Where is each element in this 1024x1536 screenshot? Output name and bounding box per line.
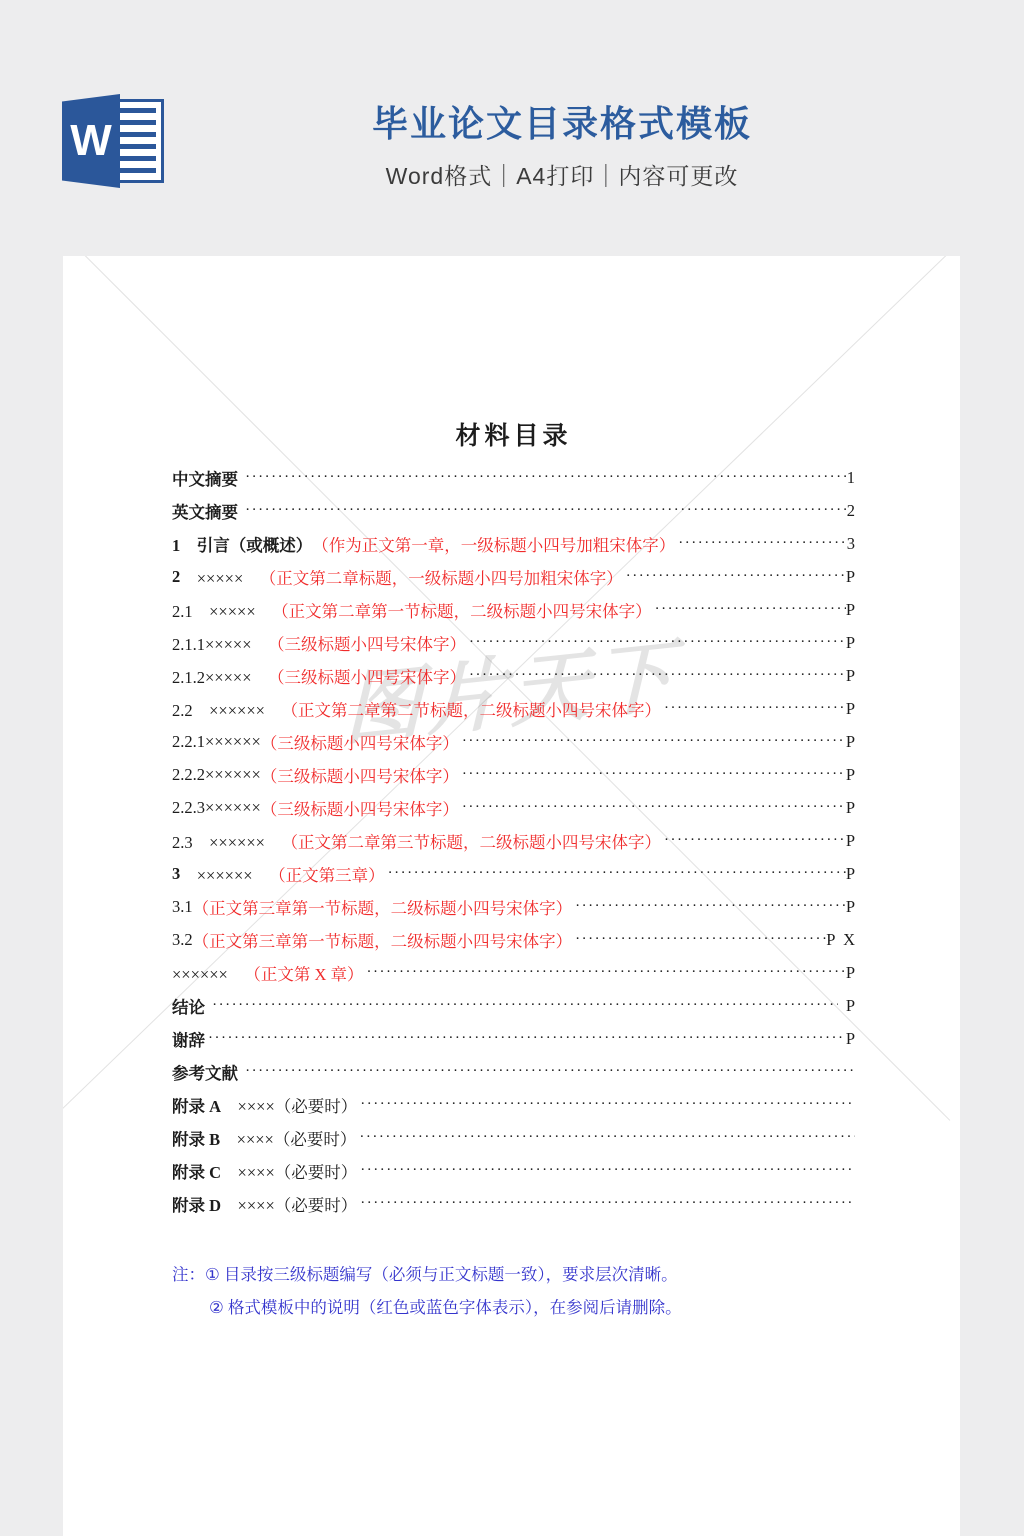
note-text: 格式模板中的说明（红色或蓝色字体表示），在参阅后请删除。: [224, 1291, 682, 1324]
toc-entry-label: ××××××: [172, 961, 244, 985]
toc-entry-bold-label: 附录 D: [172, 1192, 221, 1216]
toc-entry-bold-label: 附录 C: [172, 1159, 221, 1183]
toc-page-number: P: [846, 699, 855, 719]
toc-row: 2.2 ×××××× （正文第二章第二节标题，二级标题小四号宋体字） ·····…: [172, 692, 855, 725]
dot-leader: ········································…: [459, 733, 846, 750]
toc-entry-label: ××××（必要时）: [220, 1126, 356, 1150]
dot-leader: ········································…: [356, 1129, 855, 1146]
toc-row: 附录 D ××××（必要时） ·························…: [172, 1187, 855, 1220]
word-logo-letter: W: [70, 119, 112, 163]
toc-row: 2.2.2×××××× （三级标题小四号宋体字） ···············…: [172, 758, 855, 791]
dot-leader: ········································…: [623, 568, 846, 585]
toc-page-number: 2: [847, 501, 855, 521]
toc-page-number: P: [838, 996, 855, 1016]
toc-entry-label: 3.2: [172, 930, 193, 950]
toc-page-number: 3: [847, 534, 855, 554]
toc-entry-bold-label: 中文摘要: [172, 466, 238, 490]
toc-entry-annotation: （三级标题小四号宋体字）: [268, 664, 466, 688]
toc-entry-label: 2.1 ×××××: [172, 598, 272, 622]
toc-entry-label: ××××（必要时）: [221, 1192, 357, 1216]
toc-entry-label: 2.3 ××××××: [172, 829, 281, 853]
toc-row: 3 ×××××× （正文第三章） ·······················…: [172, 857, 855, 890]
toc-entry-label: 2.1.1×××××: [172, 631, 268, 655]
toc-entry-label: ××××××: [180, 862, 269, 886]
toc-entry-bold-label: 附录 B: [172, 1126, 220, 1150]
toc-row: 2.3 ×××××× （正文第二章第三节标题，二级标题小四号宋体字） ·····…: [172, 824, 855, 857]
toc-page-number: P: [846, 963, 855, 983]
toc-page-number: P X: [826, 930, 855, 950]
note-text: 目录按三级标题编写（必须与正文标题一致），要求层次清晰。: [220, 1258, 678, 1291]
toc-row: 2.2.3×××××× （三级标题小四号宋体字） ···············…: [172, 791, 855, 824]
toc-entry-annotation: （正文第二章第一节标题，二级标题小四号宋体字）: [272, 598, 652, 622]
toc-row: 附录 A ××××（必要时） ·························…: [172, 1088, 855, 1121]
toc-row: 结论 ·····································…: [172, 989, 855, 1022]
dot-leader: ········································…: [242, 502, 847, 519]
toc-entry-annotation: （正文第 X 章）: [244, 961, 363, 985]
toc-entry-bold-label: 附录 A: [172, 1093, 221, 1117]
toc-entry-label: 2.1.2×××××: [172, 664, 268, 688]
toc-page-number: P: [846, 732, 855, 752]
word-logo-fold-icon: W: [62, 94, 120, 188]
note-line: ② 格式模板中的说明（红色或蓝色字体表示），在参阅后请删除。: [172, 1291, 855, 1324]
toc-entry-bold-label: 谢辞: [172, 1027, 205, 1051]
page-subtitle: Word格式｜A4打印｜内容可更改: [160, 158, 964, 191]
toc-entry-label: ××××（必要时）: [221, 1159, 357, 1183]
note-marker: ①: [205, 1258, 220, 1291]
toc-entry-annotation: （三级标题小四号宋体字）: [261, 763, 459, 787]
toc-page-number: P: [846, 567, 855, 587]
dot-leader: ········································…: [572, 931, 826, 948]
toc-row: 2.1.2××××× （三级标题小四号宋体字） ················…: [172, 659, 855, 692]
toc-row: 2 ××××× （正文第二章标题，一级标题小四号加粗宋体字） ·········…: [172, 560, 855, 593]
toc-entry-label: 2.2.3××××××: [172, 798, 261, 818]
dot-leader: ········································…: [459, 799, 846, 816]
dot-leader: ········································…: [466, 634, 846, 651]
toc-entry-annotation: （正文第三章）: [269, 862, 385, 886]
toc-page-number: P: [846, 798, 855, 818]
toc-entry-bold-label: 结论: [172, 994, 205, 1018]
dot-leader: ········································…: [572, 898, 846, 915]
toc-page-number: P: [846, 666, 855, 686]
dot-leader: ········································…: [209, 997, 837, 1014]
toc-entry-label: ××××（必要时）: [221, 1093, 357, 1117]
page-title: 毕业论文目录格式模板: [160, 96, 964, 147]
toc-entry-label: 3.1: [172, 897, 193, 917]
toc-entry-label: 2.2.2××××××: [172, 765, 261, 785]
toc-row: 附录 B ××××（必要时） ·························…: [172, 1121, 855, 1154]
toc-entry-bold-label: 3: [172, 864, 180, 884]
toc-row: 2.2.1×××××× （三级标题小四号宋体字） ···············…: [172, 725, 855, 758]
toc-row: 附录 C ××××（必要时） ·························…: [172, 1154, 855, 1187]
toc-entry-bold-label: 参考文献: [172, 1060, 238, 1084]
toc-entry-bold-label: 1 引言（或概述）: [172, 532, 312, 556]
dot-leader: ········································…: [661, 700, 846, 717]
dot-leader: ········································…: [466, 667, 846, 684]
note-prefix: 注：: [172, 1258, 205, 1291]
toc-page-number: P: [846, 897, 855, 917]
dot-leader: ········································…: [205, 1030, 846, 1047]
toc-row: 中文摘要 ···································…: [172, 461, 855, 494]
toc-row: ×××××× （正文第 X 章） ·······················…: [172, 956, 855, 989]
dot-leader: ········································…: [357, 1162, 855, 1179]
toc-entry-bold-label: 英文摘要: [172, 499, 238, 523]
document-page: 图片天下 材料目录 中文摘要 ·························…: [63, 256, 960, 1536]
toc-row: 英文摘要 ···································…: [172, 494, 855, 527]
dot-leader: ········································…: [357, 1096, 855, 1113]
toc-entry-label: 2.2 ××××××: [172, 697, 281, 721]
dot-leader: ········································…: [364, 964, 846, 981]
toc-row: 1 引言（或概述） （作为正文第一章，一级标题小四号加粗宋体字） ·······…: [172, 527, 855, 560]
dot-leader: ········································…: [385, 865, 846, 882]
toc-list: 中文摘要 ···································…: [172, 461, 855, 1220]
notes-block: 注： ① 目录按三级标题编写（必须与正文标题一致），要求层次清晰。 ② 格式模板…: [172, 1258, 855, 1324]
note-line: 注： ① 目录按三级标题编写（必须与正文标题一致），要求层次清晰。: [172, 1258, 855, 1291]
dot-leader: ········································…: [459, 766, 846, 783]
toc-entry-annotation: （作为正文第一章，一级标题小四号加粗宋体字）: [312, 532, 675, 556]
toc-entry-annotation: （正文第二章标题，一级标题小四号加粗宋体字）: [260, 565, 623, 589]
toc-row: 参考文献 ···································…: [172, 1055, 855, 1088]
dot-leader: ········································…: [661, 832, 846, 849]
toc-row: 3.2 （正文第三章第一节标题，二级标题小四号宋体字） ············…: [172, 923, 855, 956]
toc-row: 3.1 （正文第三章第一节标题，二级标题小四号宋体字） ············…: [172, 890, 855, 923]
toc-row: 2.1 ××××× （正文第二章第一节标题，二级标题小四号宋体字） ······…: [172, 593, 855, 626]
toc-row: 2.1.1××××× （三级标题小四号宋体字） ················…: [172, 626, 855, 659]
toc-page-number: 1: [847, 468, 855, 488]
toc-entry-annotation: （正文第三章第一节标题，二级标题小四号宋体字）: [193, 895, 573, 919]
dot-leader: ········································…: [242, 1063, 855, 1080]
dot-leader: ········································…: [357, 1195, 855, 1212]
header-banner: W 毕业论文目录格式模板 Word格式｜A4打印｜内容可更改: [0, 0, 1024, 230]
toc-entry-annotation: （三级标题小四号宋体字）: [261, 796, 459, 820]
toc-entry-label: ×××××: [180, 565, 260, 589]
toc-page-number: P: [846, 1029, 855, 1049]
toc-entry-annotation: （正文第二章第三节标题，二级标题小四号宋体字）: [281, 829, 661, 853]
toc-row: 谢辞 ·····································…: [172, 1022, 855, 1055]
toc-entry-annotation: （正文第二章第二节标题，二级标题小四号宋体字）: [281, 697, 661, 721]
toc-page-number: P: [846, 633, 855, 653]
dot-leader: ········································…: [675, 535, 847, 552]
toc-entry-annotation: （三级标题小四号宋体字）: [268, 631, 466, 655]
toc-page-number: P: [846, 864, 855, 884]
toc-entry-annotation: （正文第三章第一节标题，二级标题小四号宋体字）: [193, 928, 573, 952]
note-marker: ②: [209, 1291, 224, 1324]
dot-leader: ········································…: [652, 601, 846, 618]
toc-page-number: P: [846, 831, 855, 851]
template-preview-screenshot: { "colors": { "word_blue": "#2b579a", "t…: [0, 0, 1024, 1536]
toc-entry-label: 2.2.1××××××: [172, 732, 261, 752]
toc-page-number: P: [846, 765, 855, 785]
dot-leader: ········································…: [242, 469, 847, 486]
toc-page-number: P: [846, 600, 855, 620]
toc-title: 材料目录: [172, 416, 855, 449]
word-logo-icon: W: [62, 94, 164, 188]
toc-entry-annotation: （三级标题小四号宋体字）: [261, 730, 459, 754]
toc-entry-bold-label: 2: [172, 567, 180, 587]
